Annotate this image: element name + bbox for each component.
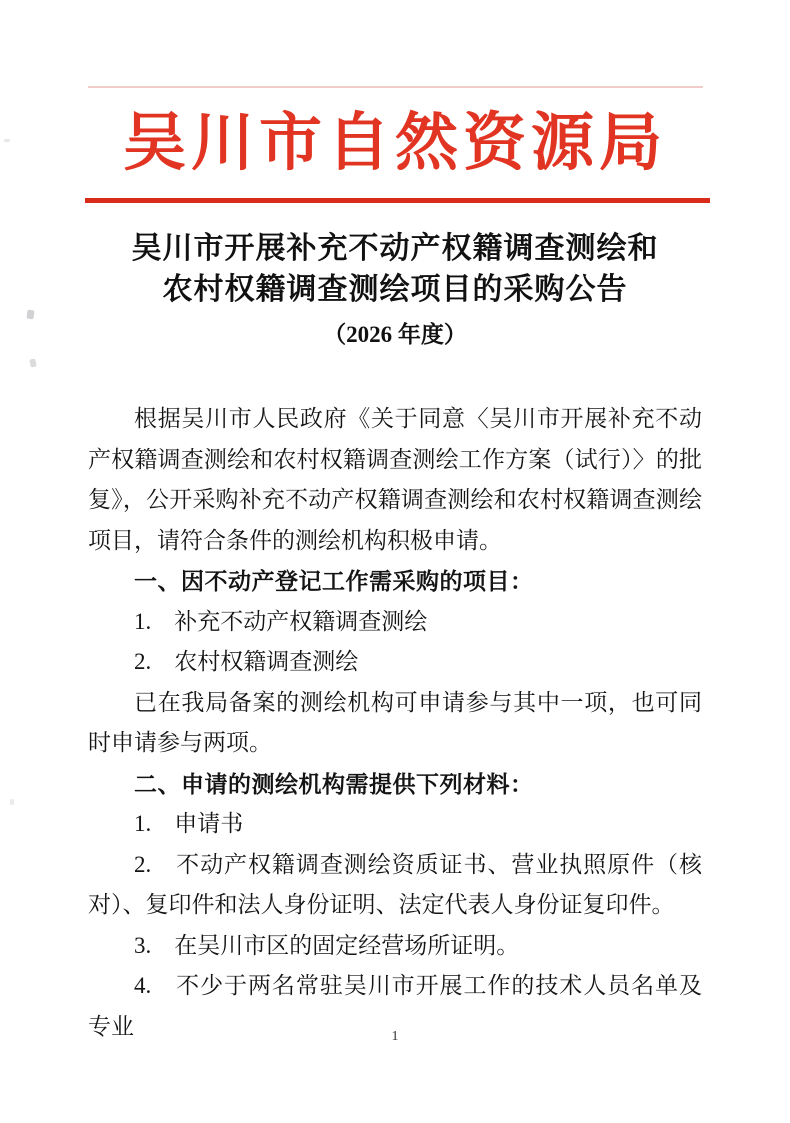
scan-artifact <box>29 358 37 367</box>
document-title: 吴川市开展补充不动产权籍调查测绘和 农村权籍调查测绘项目的采购公告 <box>0 228 790 310</box>
section-2-heading: 二、申请的测绘机构需提供下列材料： <box>88 764 702 805</box>
section-1-item-1: 1. 补充不动产权籍调查测绘 <box>88 602 702 643</box>
opening-paragraph: 根据吴川市人民政府《关于同意〈吴川市开展补充不动产权籍调查测绘和农村权籍调查测绘… <box>88 399 702 561</box>
page-number: 1 <box>0 1028 790 1046</box>
section-1-item-2: 2. 农村权籍调查测绘 <box>88 642 702 683</box>
scan-artifact <box>4 139 10 142</box>
participation-note: 已在我局备案的测绘机构可申请参与其中一项，也可同时申请参与两项。 <box>88 683 702 764</box>
section-2-item-2: 2. 不动产权籍调查测绘资质证书、营业执照原件（核对）、复印件和法人身份证明、法… <box>88 845 702 926</box>
letterhead-thin-line <box>88 86 703 88</box>
agency-name: 吴川市自然资源局 <box>0 103 790 183</box>
scan-artifact <box>26 310 34 320</box>
document-body: 根据吴川市人民政府《关于同意〈吴川市开展补充不动产权籍调查测绘和农村权籍调查测绘… <box>88 399 702 1047</box>
scan-artifact <box>10 799 14 805</box>
section-1-heading: 一、因不动产登记工作需采购的项目： <box>88 561 702 602</box>
year-subtitle: （2026 年度） <box>0 318 790 352</box>
document-title-line-2: 农村权籍调查测绘项目的采购公告 <box>0 269 790 310</box>
scanned-document-page: 吴川市自然资源局 吴川市开展补充不动产权籍调查测绘和 农村权籍调查测绘项目的采购… <box>0 0 790 1123</box>
section-2-item-3: 3. 在吴川市区的固定经营场所证明。 <box>88 926 702 967</box>
section-2-item-1: 1. 申请书 <box>88 804 702 845</box>
letterhead-red-rule <box>85 198 710 203</box>
document-title-line-1: 吴川市开展补充不动产权籍调查测绘和 <box>0 228 790 269</box>
